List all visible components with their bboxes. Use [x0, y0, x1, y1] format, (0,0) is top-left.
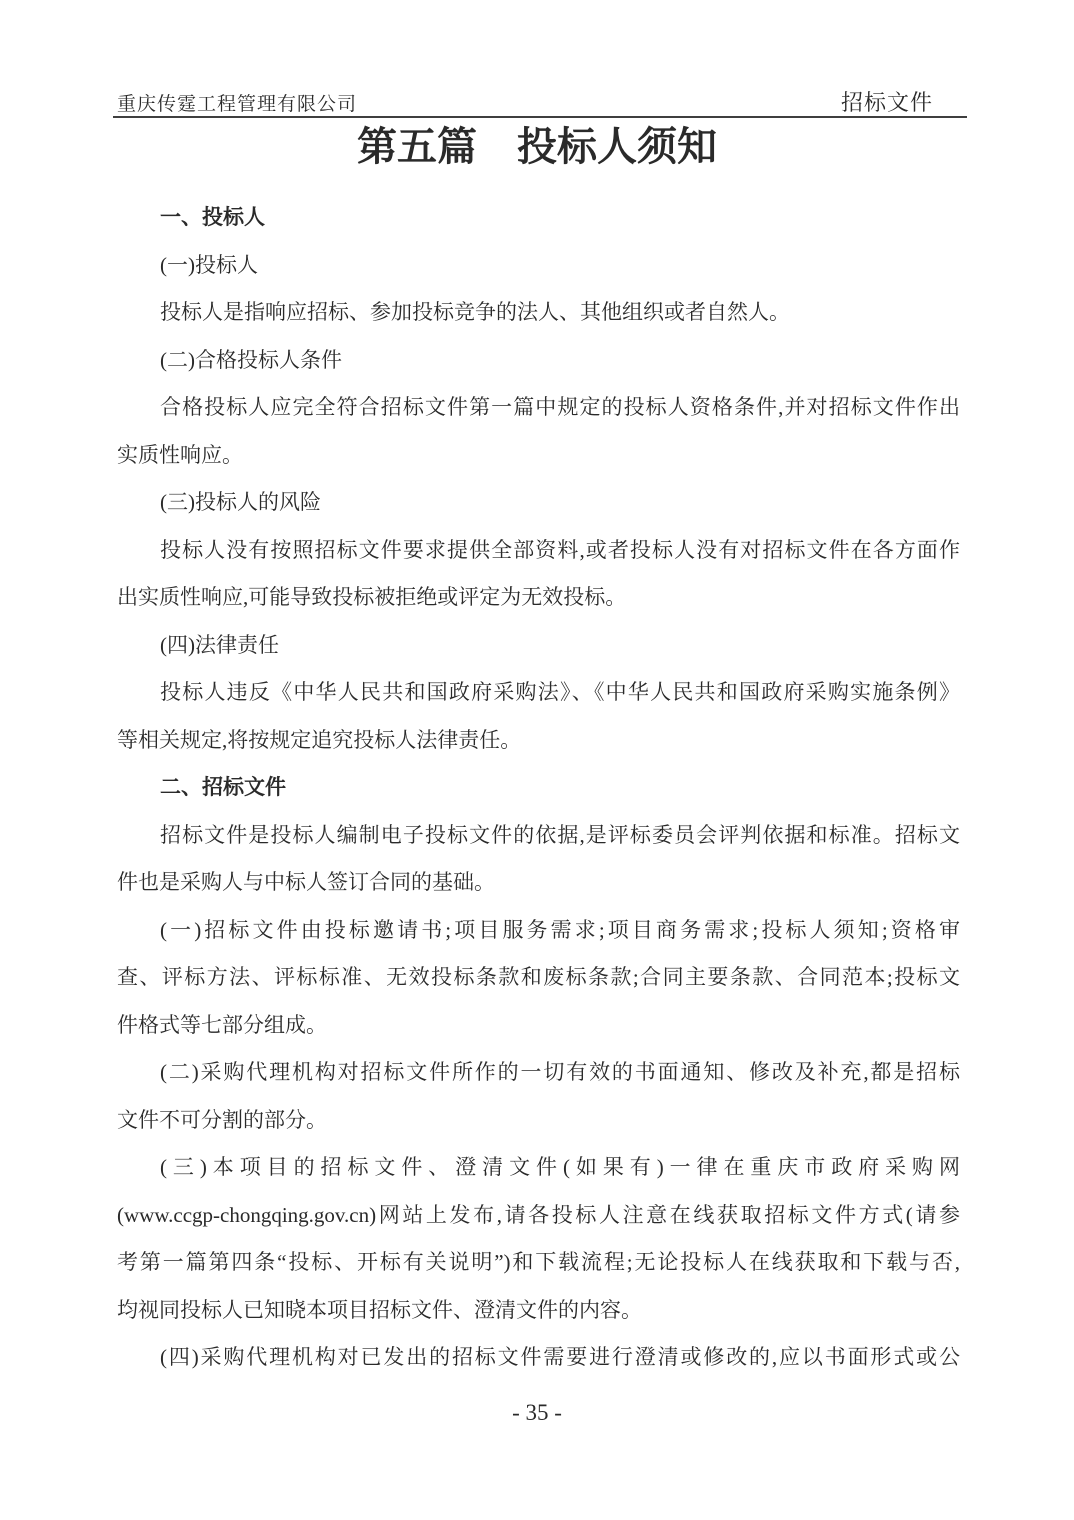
paragraph-line: (二)合格投标人条件 [117, 337, 960, 385]
paragraph-line: (四)采购代理机构对已发出的招标文件需要进行澄清或修改的,应以书面形式或公 [117, 1334, 960, 1382]
paragraph-line: 投标人没有按照招标文件要求提供全部资料,或者投标人没有对招标文件在各方面作 [117, 527, 960, 575]
paragraph-line: (四)法律责任 [117, 622, 960, 670]
document-body: 一、投标人 (一)投标人 投标人是指响应招标、参加投标竞争的法人、其他组织或者自… [117, 194, 960, 1382]
header-company-name: 重庆传霆工程管理有限公司 [117, 89, 357, 116]
paragraph-line: (www.ccgp-chongqing.gov.cn)网站上发布,请各投标人注意… [117, 1192, 960, 1240]
paragraph-line: 均视同投标人已知晓本项目招标文件、澄清文件的内容。 [117, 1287, 960, 1335]
paragraph-line: 文件不可分割的部分。 [117, 1097, 960, 1145]
paragraph-line: (三)本项目的招标文件、澄清文件(如果有)一律在重庆市政府采购网 [117, 1144, 960, 1192]
paragraph-line: 实质性响应。 [117, 432, 960, 480]
page-title: 第五篇 投标人须知 [0, 121, 1074, 173]
paragraph-line: (一)招标文件由投标邀请书;项目服务需求;项目商务需求;投标人须知;资格审 [117, 907, 960, 955]
paragraph-line: 出实质性响应,可能导致投标被拒绝或评定为无效投标。 [117, 574, 960, 622]
paragraph-line: (三)投标人的风险 [117, 479, 960, 527]
page-header: 重庆传霆工程管理有限公司 招标文件 [117, 86, 933, 117]
section-heading: 一、投标人 [117, 194, 960, 242]
paragraph-line: 投标人是指响应招标、参加投标竞争的法人、其他组织或者自然人。 [117, 289, 960, 337]
page-number: - 35 - [0, 1400, 1074, 1426]
paragraph-line: (一)投标人 [117, 242, 960, 290]
paragraph-line: 投标人违反《中华人民共和国政府采购法》、《中华人民共和国政府采购实施条例》 [117, 669, 960, 717]
header-doc-type: 招标文件 [841, 86, 933, 117]
section-heading: 二、招标文件 [117, 764, 960, 812]
paragraph-line: 合格投标人应完全符合招标文件第一篇中规定的投标人资格条件,并对招标文件作出 [117, 384, 960, 432]
paragraph-line: (二)采购代理机构对招标文件所作的一切有效的书面通知、修改及补充,都是招标 [117, 1049, 960, 1097]
paragraph-line: 件格式等七部分组成。 [117, 1002, 960, 1050]
paragraph-line: 招标文件是投标人编制电子投标文件的依据,是评标委员会评判依据和标准。招标文 [117, 812, 960, 860]
paragraph-line: 件也是采购人与中标人签订合同的基础。 [117, 859, 960, 907]
document-page: 重庆传霆工程管理有限公司 招标文件 第五篇 投标人须知 一、投标人 (一)投标人… [0, 0, 1074, 1520]
paragraph-line: 查、评标方法、评标标准、无效投标条款和废标条款;合同主要条款、合同范本;投标文 [117, 954, 960, 1002]
paragraph-line: 等相关规定,将按规定追究投标人法律责任。 [117, 717, 960, 765]
paragraph-line: 考第一篇第四条“投标、开标有关说明”)和下载流程;无论投标人在线获取和下载与否, [117, 1239, 960, 1287]
header-rule [113, 116, 967, 118]
